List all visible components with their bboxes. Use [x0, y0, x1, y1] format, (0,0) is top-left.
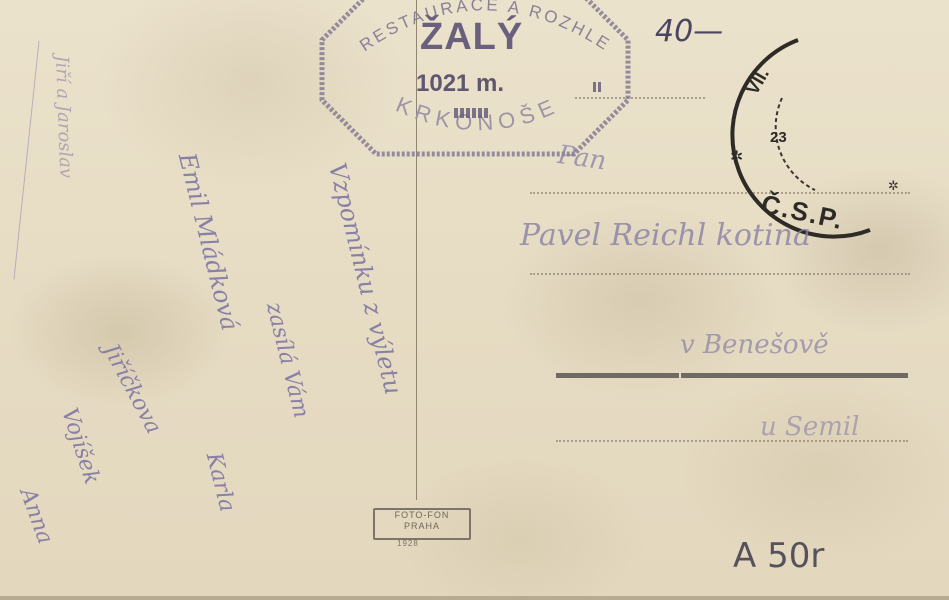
zaly-cachet-stamp: RESTAURACE A ROZHLEDNA KRKONOŠE ŽALÝ 102…	[316, 0, 634, 162]
address-line-3-thick	[556, 373, 908, 378]
message-line-7: Anna	[15, 485, 58, 547]
publisher-name: FOTO-FON	[375, 510, 469, 521]
margin-note: Jiří a Jaroslav	[51, 55, 76, 178]
address-town: v Benešově	[680, 330, 829, 360]
message-line-6: Vojíšek	[56, 405, 104, 488]
publisher-city: PRAHA	[375, 521, 469, 532]
message-line-5: Jiříčkova	[98, 340, 166, 438]
margin-pen-stroke	[13, 41, 39, 280]
address-region: u Semil	[760, 412, 860, 442]
postmark-day: 23	[770, 129, 787, 146]
price-note: 40—	[655, 14, 723, 49]
svg-text:KRKONOŠE: KRKONOŠE	[392, 92, 563, 136]
postmark-star-icon: ✲	[730, 147, 743, 166]
message-line-2: zasílá Vám	[261, 300, 314, 421]
postcard-back: RESTAURACE A ROZHLEDNA KRKONOŠE ŽALÝ 102…	[0, 0, 949, 600]
catalog-note: A 50r	[733, 536, 824, 576]
postmark-month: VII.	[742, 65, 773, 98]
postmark: VII. 23 ✲ Č.S.P. ✲	[720, 30, 920, 240]
postmark-star-icon-2: ✲	[888, 179, 899, 194]
message-line-4: Emil Mládková	[173, 150, 244, 333]
address-salutation: Pan	[556, 140, 608, 176]
address-name: Pavel Reichl kotina	[520, 218, 811, 253]
message-line-3: Karla	[201, 450, 240, 514]
publisher-stamp: FOTO-FON PRAHA	[373, 508, 471, 540]
cachet-altitude: 1021 m.	[416, 70, 504, 98]
publisher-year: 1928	[397, 539, 419, 548]
card-bottom-edge	[0, 596, 949, 600]
cachet-title: ŽALÝ	[420, 16, 523, 59]
address-line-2	[530, 273, 910, 275]
message-line-1: Vzpomínku z výletu	[323, 160, 408, 397]
cachet-region-text: KRKONOŠE	[392, 92, 563, 136]
